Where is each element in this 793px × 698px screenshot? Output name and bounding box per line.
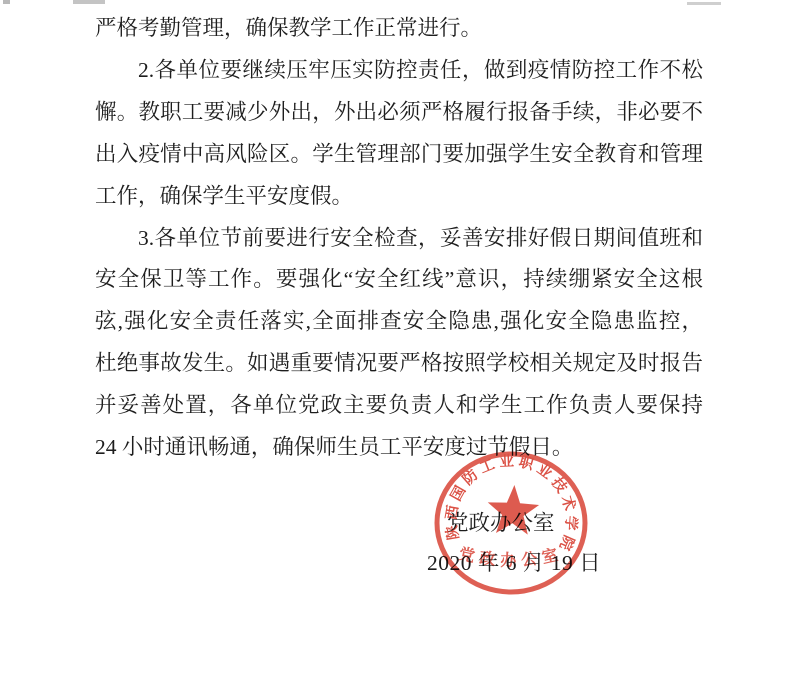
text-line: 杜绝事故发生。如遇重要情况要严格按照学校相关规定及时报告 <box>95 343 703 385</box>
text-line: 安全保卫等工作。要强化“安全红线”意识，持续绷紧安全这根 <box>95 259 703 301</box>
scanned-document-page: { "doc": { "lines": [ "严格考勤管理，确保教学工作正常进行… <box>0 0 793 698</box>
text-line: 懈。教职工要减少外出，外出必须严格履行报备手续，非必要不 <box>95 92 703 134</box>
signature-date: 2020 年 6 月 19 日 <box>427 548 601 578</box>
text-line: 弦,强化安全责任落实,全面排查安全隐患,强化安全隐患监控， <box>95 301 703 343</box>
text-line: 工作，确保学生平安度假。 <box>95 176 703 218</box>
text-line: 24 小时通讯畅通，确保师生员工平安度过节假日。 <box>95 427 703 469</box>
text-line: 2.各单位要继续压牢压实防控责任，做到疫情防控工作不松 <box>95 50 703 92</box>
scan-artifact <box>687 2 721 5</box>
scan-artifact <box>3 0 10 4</box>
text-line: 3.各单位节前要进行安全检查，妥善安排好假日期间值班和 <box>95 218 703 260</box>
text-line: 严格考勤管理，确保教学工作正常进行。 <box>95 8 703 50</box>
text-line: 并妥善处置，各单位党政主要负责人和学生工作负责人要保持 <box>95 385 703 427</box>
scan-artifact <box>73 0 105 4</box>
text-line: 出入疫情中高风险区。学生管理部门要加强学生安全教育和管理 <box>95 134 703 176</box>
signature-office: 党政办公室 <box>447 508 555 538</box>
document-body: 严格考勤管理，确保教学工作正常进行。 2.各单位要继续压牢压实防控责任，做到疫情… <box>95 8 703 469</box>
